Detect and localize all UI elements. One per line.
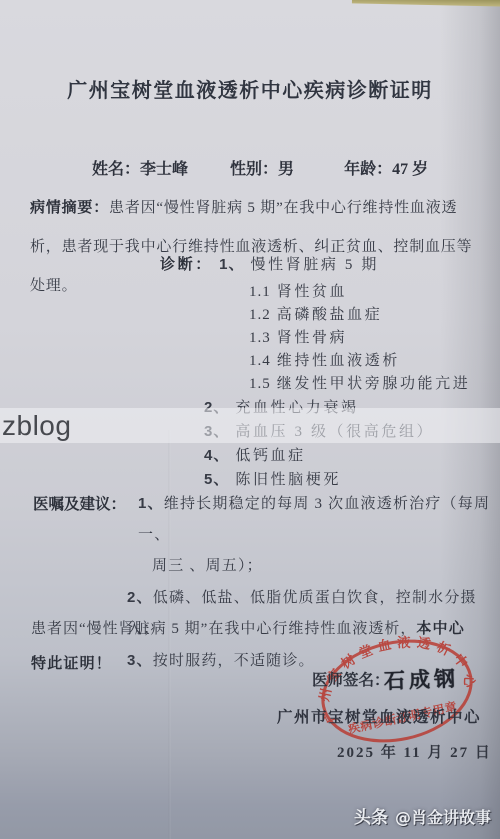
document-photo: 广州宝树堂血液透析中心疾病诊断证明 姓名：李士峰 性别：男 年龄：47 岁 病情… <box>0 0 500 839</box>
watermark-brand: 头条 <box>354 803 388 828</box>
advice-line: 周三 、周五）； <box>0 551 500 582</box>
diagnosis-item-number: 5、 <box>204 471 229 488</box>
closing-text: 患者因“慢性肾脏病 5 期”在我中心行维持性血液透析， <box>31 621 416 637</box>
summary-label: 病情摘要： <box>30 199 109 216</box>
side-watermark-text: zblog <box>2 410 71 442</box>
diagnosis-item-text: 继发性甲状旁腺功能亢进 <box>277 376 471 392</box>
certificate-title: 广州宝树堂血液透析中心疾病诊断证明 <box>0 74 500 103</box>
gender-label: 性别： <box>230 156 278 179</box>
diagnosis-item-number: 1.5 <box>249 376 271 392</box>
diagnosis-item-number: 1.3 <box>249 330 271 346</box>
name-value: 李士峰 <box>140 156 188 179</box>
physician-signature-row: 医师签名： 石成钢 <box>312 668 390 690</box>
diagnosis-item-text: 陈旧性脑梗死 <box>235 472 341 488</box>
diagnosis-item-number: 1.1 <box>249 284 271 300</box>
advice-label: 医嘱及建议： <box>33 492 126 514</box>
diagnosis-item-number: 1.2 <box>249 307 271 323</box>
diagnosis-item: 1.1肾性贫血 <box>0 281 500 304</box>
diagnosis-item-number: 1、 <box>219 256 244 273</box>
name-label: 姓名： <box>92 156 140 179</box>
diagnosis-item-number: 1.4 <box>249 353 271 369</box>
diagnosis-item-text: 维持性血液透析 <box>277 353 400 369</box>
diagnosis-item-text: 低钙血症 <box>235 448 305 464</box>
diagnosis-item-number: 4、 <box>204 447 229 464</box>
diagnosis-item-text: 高磷酸盐血症 <box>277 307 383 323</box>
advice-line-number: 2、 <box>127 589 153 606</box>
gender-value: 男 <box>278 156 294 179</box>
diagnosis-item: 1.5继发性甲状旁腺功能亢进 <box>0 373 500 396</box>
diagnosis-item: 4、低钙血症 <box>0 444 500 468</box>
diagnosis-item: 1.3肾性骨病 <box>0 327 500 350</box>
issuer-name: 广州市宝树堂血液透析中心 <box>277 705 481 727</box>
diagnosis-item-text: 肾性贫血 <box>277 284 347 300</box>
advice-line-text: 维持长期稳定的每周 3 次血液透析治疗（每周一、 <box>138 496 490 543</box>
signature-handwritten-name: 石成钢 <box>383 663 459 696</box>
diagnosis-item: 诊断： 1、慢性肾脏病 5 期 <box>0 253 500 277</box>
patient-info-row: 姓名：李士峰 性别：男 年龄：47 岁 <box>92 156 428 179</box>
age-label: 年龄： <box>344 156 392 179</box>
advice-line-number: 1、 <box>138 495 164 512</box>
signature-label: 医师签名： <box>312 672 390 689</box>
diagnosis-section: 诊断： 1、慢性肾脏病 5 期 1.1肾性贫血 1.2高磷酸盐血症 1.3肾性骨… <box>0 253 500 492</box>
age-value: 47 岁 <box>392 156 428 179</box>
diagnosis-label: 诊断： <box>160 256 213 273</box>
diagnosis-item-text: 慢性肾脏病 5 期 <box>251 257 379 273</box>
bottom-watermark: 头条 @肖金讲故事 <box>354 803 491 828</box>
diagnosis-item: 1.4维持性血液透析 <box>0 350 500 373</box>
diagnosis-item-text: 肾性骨病 <box>277 330 347 346</box>
advice-line-text: 周三 、周五）； <box>152 558 263 574</box>
diagnosis-item: 1.2高磷酸盐血症 <box>0 304 500 327</box>
watermark-handle: @肖金讲故事 <box>395 805 491 828</box>
issue-date: 2025 年 11 月 27 日 <box>337 741 492 762</box>
side-watermark-band: zblog <box>0 408 500 443</box>
